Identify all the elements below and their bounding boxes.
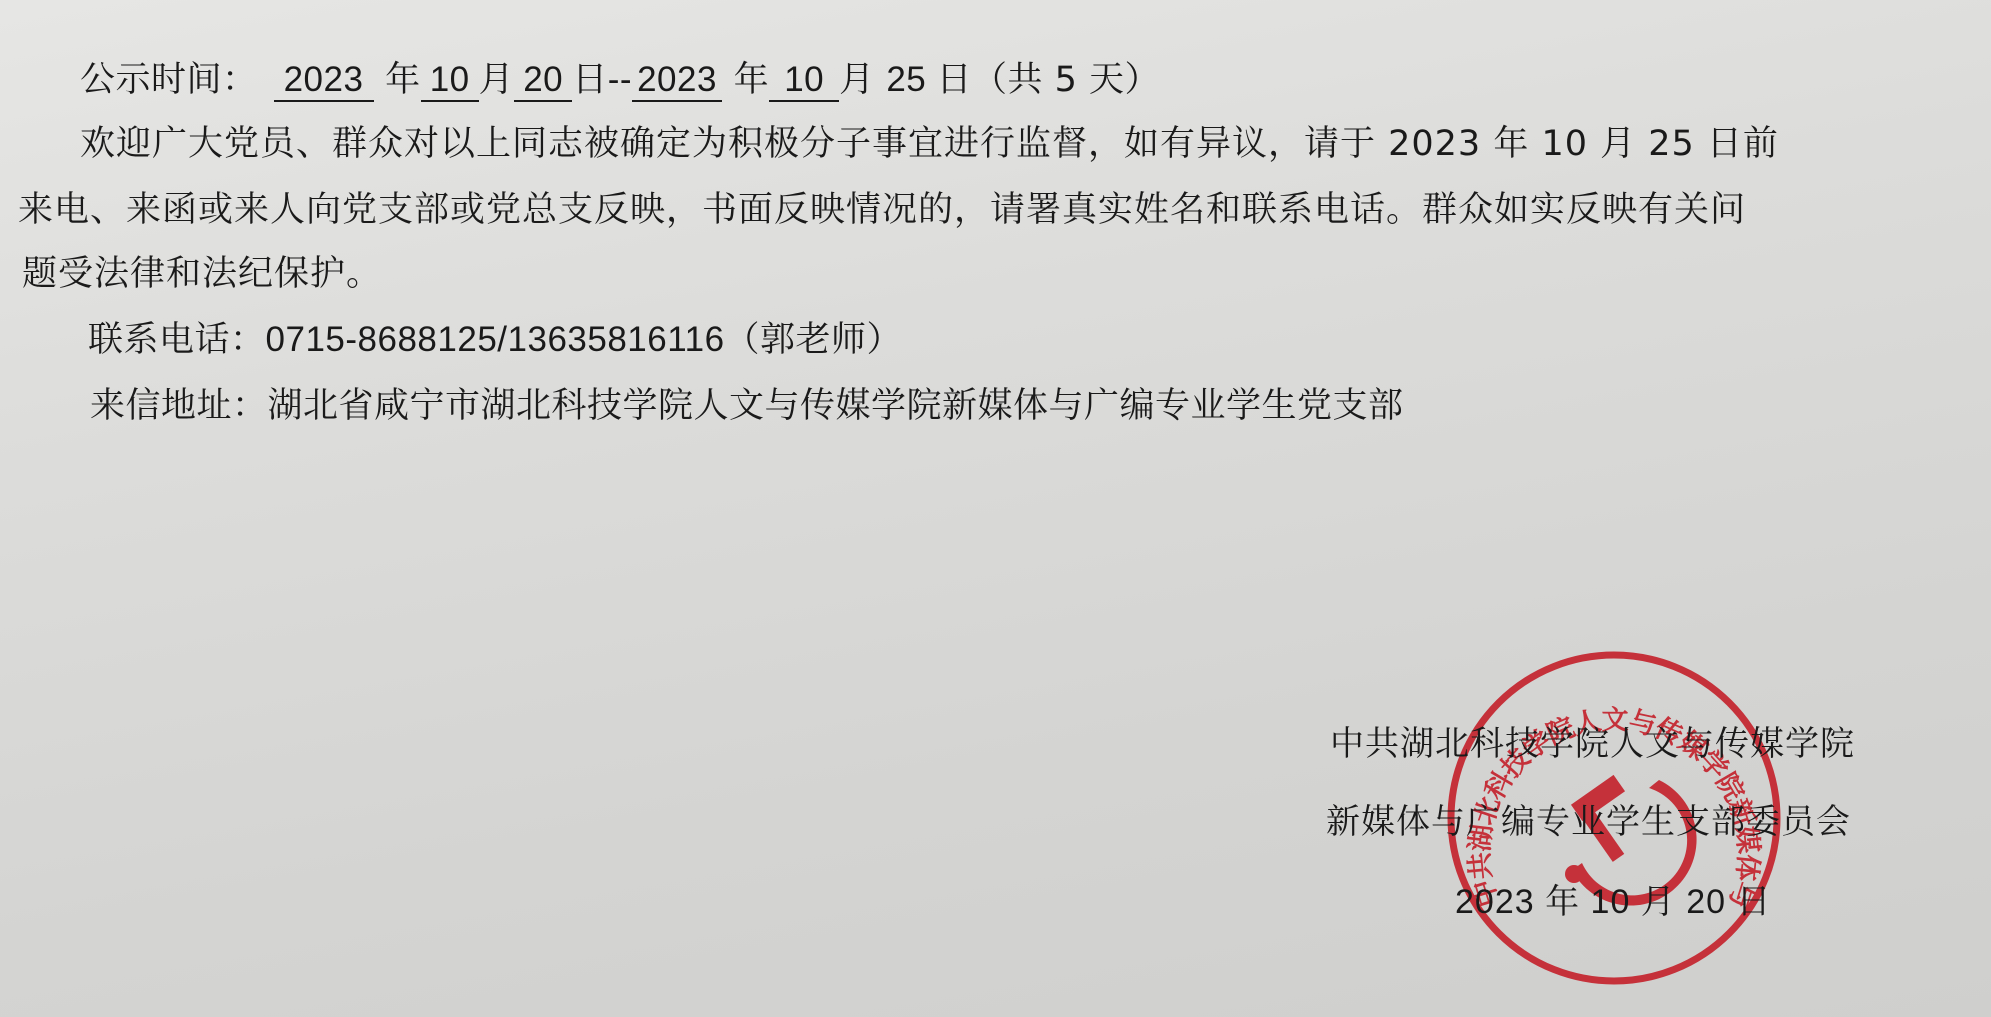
contact-phone: 联系电话：0715-8688125/13635816116（郭老师） bbox=[88, 318, 902, 362]
body-line-3: 题受法律和法纪保护。 bbox=[22, 252, 382, 296]
period-label: 公示时间： bbox=[80, 60, 258, 100]
start-year: 2023 bbox=[274, 60, 374, 102]
date-separator: -- bbox=[608, 60, 632, 99]
end-month: 10 bbox=[769, 60, 839, 102]
phone-value: 0715-8688125/13635816116（郭老师） bbox=[266, 320, 903, 359]
body-line-2: 来电、来函或来人向党支部或党总支反映，书面反映情况的，请署真实姓名和联系电话。群… bbox=[18, 188, 1746, 232]
signature-date: 2023 年 10 月 20 日 bbox=[1455, 880, 1772, 924]
day-unit: 日 bbox=[572, 60, 608, 100]
notice-period: 公示时间：2023 年10月20日--2023 年10月 25 日（共 5 天） bbox=[80, 58, 1160, 102]
address-label: 来信地址： bbox=[90, 386, 268, 426]
duration: （共 5 天） bbox=[972, 60, 1160, 100]
start-day: 20 bbox=[514, 60, 572, 102]
end-month-unit: 月 bbox=[839, 60, 875, 100]
phone-label: 联系电话： bbox=[88, 320, 266, 360]
month-unit: 月 bbox=[479, 60, 515, 100]
signature-org-line-1: 中共湖北科技学院人文与传媒学院 bbox=[1330, 722, 1855, 766]
end-year-unit: 年 bbox=[734, 60, 770, 100]
address-value: 湖北省咸宁市湖北科技学院人文与传媒学院新媒体与广编专业学生党支部 bbox=[268, 386, 1404, 426]
year-unit: 年 bbox=[385, 60, 421, 100]
end-year: 2023 bbox=[632, 60, 722, 102]
contact-address: 来信地址：湖北省咸宁市湖北科技学院人文与传媒学院新媒体与广编专业学生党支部 bbox=[90, 384, 1404, 428]
start-month: 10 bbox=[421, 60, 479, 102]
body-line-1: 欢迎广大党员、群众对以上同志被确定为积极分子事宜进行监督，如有异议，请于 202… bbox=[80, 122, 1779, 166]
end-day: 25 日 bbox=[886, 60, 972, 99]
signature-org-line-2: 新媒体与广编专业学生支部委员会 bbox=[1326, 800, 1851, 844]
